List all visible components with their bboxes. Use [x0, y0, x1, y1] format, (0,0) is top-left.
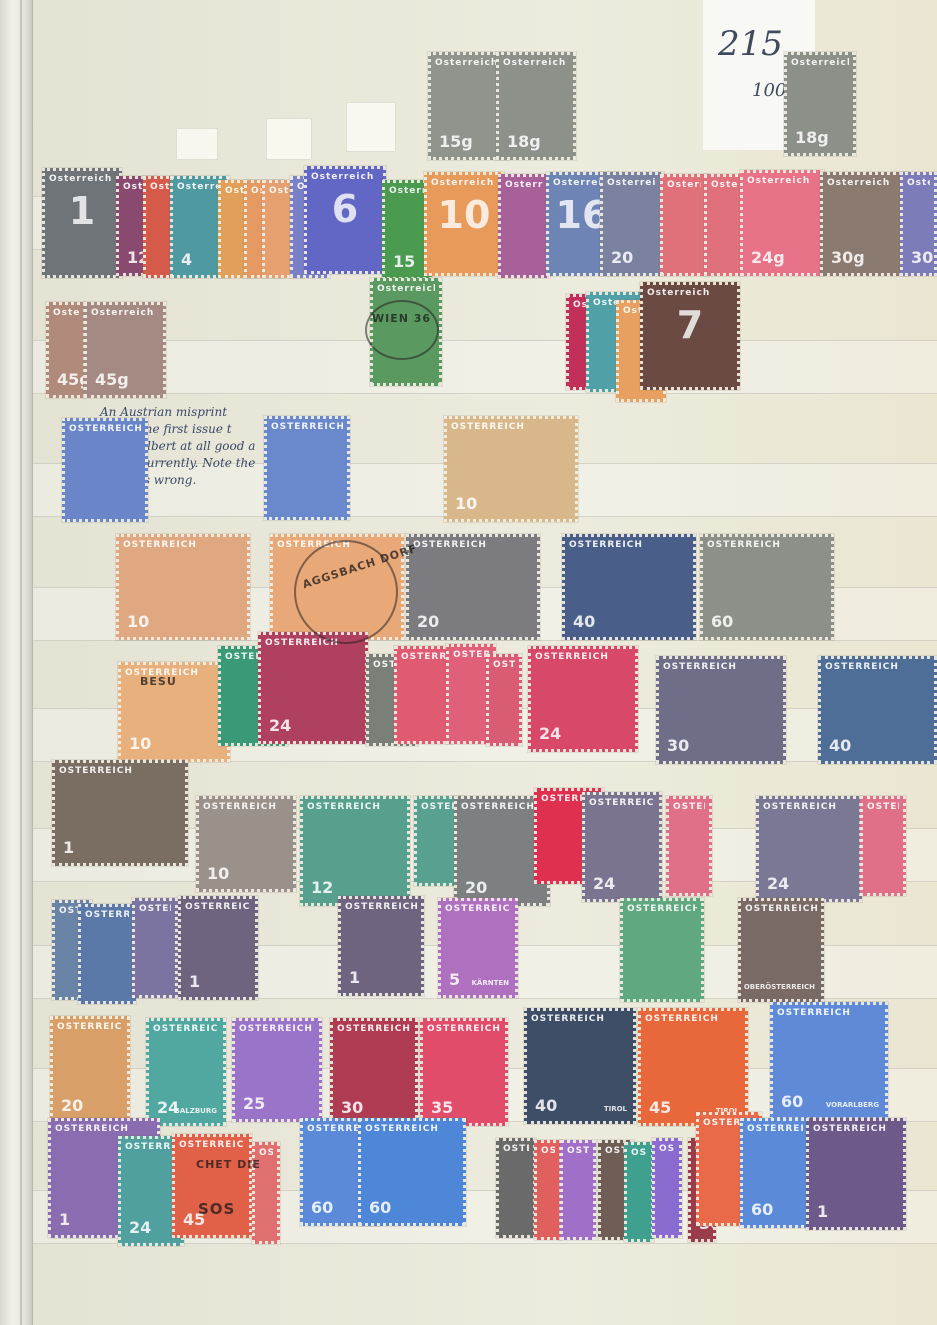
stamp: ÖSTERREICH1	[806, 1118, 906, 1230]
stamp-denomination: 18g	[795, 128, 829, 147]
stamp-region: TIROL	[604, 1105, 627, 1113]
stamp-inscription: ÖSTERREICH	[461, 802, 543, 812]
stamp: ÖSTERREICH24SALZBURG	[146, 1018, 226, 1126]
stamp-inscription: ÖSTERREICH	[125, 1142, 177, 1152]
stamp: Österreich10	[424, 172, 504, 276]
stamp: ÖSTERREICH1	[178, 896, 258, 1000]
stamp: Österreich	[660, 174, 708, 276]
stamp-inscription: Österreich	[49, 174, 115, 184]
stamp-denomination: 30	[667, 736, 689, 755]
stamp: ÖSTERREICH	[486, 654, 522, 746]
stamp-inscription: Österreich	[827, 178, 901, 188]
stamp-inscription: ÖSTERREICH	[203, 802, 289, 812]
stamp-inscription: Österreich	[377, 284, 435, 294]
glassine-strip	[33, 340, 937, 394]
stamp-denomination: 24	[767, 874, 789, 893]
stamp: ÖSTERREICH40TIROL	[524, 1008, 636, 1124]
stamp-inscription: ÖSTERREICH	[365, 1124, 459, 1134]
stamp-denomination: 24	[539, 724, 561, 743]
stamp-hinge	[176, 128, 218, 160]
stamp-inscription: ÖSTERREICH	[271, 422, 343, 432]
stamp-inscription: Österreich	[607, 178, 657, 188]
stamp-inscription: ÖSTERREICH	[185, 902, 251, 912]
stamp: ÖSTERREICHOBERÖSTERREICH	[738, 898, 824, 1002]
stamp-inscription: ÖSTERREICH	[55, 1124, 153, 1134]
stamp: ÖSTERREICH1	[338, 896, 424, 996]
stamp-inscription: ÖSTERREICH	[503, 1144, 529, 1154]
stamp: Österreich45g	[46, 302, 86, 398]
stamp-inscription: ÖSTERREICH	[451, 422, 571, 432]
stamp: ÖSTERREICH	[560, 1140, 596, 1240]
stamp: ÖSTERREICH	[132, 898, 178, 998]
stamp-inscription: ÖSTERREICH	[645, 1014, 741, 1024]
stamp-inscription: Österreich	[503, 58, 569, 68]
stamp: Österreich24g	[740, 170, 824, 276]
stamp-inscription: ÖSTERREICH	[659, 1144, 675, 1154]
stamp: Österreich45g	[84, 302, 166, 398]
stamp: ÖSTERREICH	[652, 1138, 682, 1238]
stamp-inscription: ÖSTERREICH	[627, 904, 697, 914]
stamp-hinge	[346, 102, 396, 152]
stamp-denomination: 60	[311, 1198, 333, 1217]
stamp-denomination: 30	[341, 1098, 363, 1117]
stamp-inscription: Österreich	[389, 186, 425, 196]
postmark-text: SOS	[198, 1200, 235, 1218]
stamp-inscription: ÖSTERREICH	[239, 1024, 315, 1034]
stamp: Österreich30g	[900, 172, 937, 276]
stamp-hinge	[266, 118, 312, 160]
stamp: Österreich	[498, 174, 550, 278]
stamp: Österreich30g	[820, 172, 908, 276]
stamp-inscription: ÖSTERREICH	[265, 638, 361, 648]
stamp: Österreich	[370, 278, 442, 386]
stamp-region: SALZBURG	[175, 1107, 217, 1115]
stamp: Österreich18g	[496, 52, 576, 160]
stamp-inscription: ÖSTERREICH	[57, 1022, 123, 1032]
stamp-denomination: 24	[129, 1218, 151, 1237]
stamp-inscription: ÖSTERREICH	[569, 540, 689, 550]
stamp-inscription: ÖSTERREICH	[867, 802, 899, 812]
stamp: ÖSTERREICH	[496, 1138, 536, 1238]
album-binding	[0, 0, 33, 1325]
stamp-denomination: 45g	[57, 370, 86, 389]
stamp-inscription: ÖSTERREICH	[589, 798, 655, 808]
stamp-denomination: 1	[63, 838, 74, 857]
stamp-inscription: ÖSTERREICH	[69, 424, 141, 434]
stamp-inscription: Österreich	[667, 180, 701, 190]
stamp-denomination: 60	[751, 1200, 773, 1219]
stamp: ÖSTERREICH60	[740, 1118, 812, 1228]
stamp-inscription: ÖSTERREICH	[745, 904, 817, 914]
stamp-denomination: 45	[649, 1098, 671, 1117]
stamp-inscription: ÖSTERREICH	[259, 1148, 273, 1158]
stamp-inscription: Österreich	[747, 176, 817, 186]
stamp-inscription: ÖSTERREICH	[345, 902, 417, 912]
stamp-inscription: ÖSTERREICH	[567, 1146, 589, 1156]
stamp-denomination: 6	[307, 187, 383, 231]
stamp: ÖSTERREICH10	[196, 796, 296, 892]
postmark-text: CHET DIE	[196, 1158, 261, 1171]
stamp-denomination: 20	[611, 248, 633, 267]
stamp-inscription: ÖSTERREICH	[707, 540, 827, 550]
price-note-line1: 215	[718, 24, 783, 64]
stamp-denomination: 24g	[751, 248, 785, 267]
stamp: ÖSTERREICH60	[700, 534, 834, 640]
stamp: ÖSTERREICH24	[528, 646, 638, 752]
stamp: Österreich	[704, 174, 744, 276]
stamp-inscription: ÖSTERREICH	[413, 540, 533, 550]
stamp-denomination: 10	[455, 494, 477, 513]
stamp-inscription: ÖSTERREICH	[421, 802, 457, 812]
stamp-region: VORARLBERG	[826, 1101, 879, 1109]
stamp: ÖSTERREICH12	[300, 796, 410, 906]
stamp-denomination: 5	[449, 970, 460, 989]
stamp-denomination: 40	[535, 1096, 557, 1115]
stamp-inscription: ÖSTERREICH	[179, 1140, 245, 1150]
stamp-inscription: ÖSTERREICH	[445, 904, 511, 914]
stamp-denomination: 20	[61, 1096, 83, 1115]
stamp: ÖSTERREICH45	[172, 1134, 252, 1238]
stamp: ÖSTERREICH30	[656, 656, 786, 764]
stamp: ÖSTERREICH24	[258, 632, 368, 744]
stamp-denomination: 45g	[95, 370, 129, 389]
stamp-inscription: ÖSTERREICH	[307, 802, 403, 812]
stamp-inscription: Österreich	[435, 58, 501, 68]
stamp: ÖSTERREICH1	[52, 760, 188, 866]
stamp-denomination: 1	[45, 189, 119, 233]
stamp-denomination: 25	[243, 1094, 265, 1113]
stamp: ÖSTERREICH	[78, 904, 136, 1004]
stamp: ÖSTERREICH10	[444, 416, 578, 522]
stamp-inscription: Österreich	[53, 308, 79, 318]
stamp-denomination: 1	[817, 1202, 828, 1221]
stamp: Österreich7	[640, 282, 740, 390]
stamp-inscription: Österreich	[311, 172, 379, 182]
stamp-denomination: 7	[643, 303, 737, 347]
stamp: ÖSTERREICH	[270, 534, 404, 640]
stamp-album-page: 215 100 An Austrian misprint the first i…	[0, 0, 937, 1325]
stamp-inscription: ÖSTERREICH	[531, 1014, 629, 1024]
stamp: ÖSTERREICH24	[756, 796, 862, 902]
postmark-text: WIEN 36	[372, 312, 431, 325]
stamp-region: OBERÖSTERREICH	[744, 983, 815, 991]
stamp-inscription: ÖSTERREICH	[535, 652, 631, 662]
stamp: ÖSTERREICH	[62, 418, 148, 522]
stamp: ÖSTERREICH20	[50, 1016, 130, 1124]
stamp-denomination: 10	[129, 734, 151, 753]
stamp-inscription: ÖSTERREICH	[825, 662, 930, 672]
stamp-denomination: 15g	[439, 132, 473, 151]
stamp-inscription: ÖSTERREICH	[401, 652, 447, 662]
stamp-inscription: Österreich	[431, 178, 497, 188]
stamp-inscription: Österreich	[647, 288, 733, 298]
stamp: ÖSTERREICH24	[582, 792, 662, 902]
stamp-inscription: Österreich	[91, 308, 159, 318]
stamp-inscription: ÖSTERREICH	[663, 662, 779, 672]
stamp: ÖSTERREICH	[394, 646, 454, 744]
stamp: Österreich6	[304, 166, 386, 274]
stamp: ÖSTERREICH20	[406, 534, 540, 640]
stamp-inscription: Österreich	[505, 180, 543, 190]
stamp-inscription: ÖSTERREICH	[673, 802, 705, 812]
stamp: ÖSTERREICH30	[330, 1018, 418, 1126]
stamp-inscription: ÖSTERREICH	[139, 904, 171, 914]
stamp-inscription: ÖSTERREICH	[85, 910, 129, 920]
stamp-denomination: 24	[269, 716, 291, 735]
stamp-denomination: 40	[573, 612, 595, 631]
stamp: Österreich20	[600, 172, 664, 276]
stamp-inscription: ÖSTERREICH	[541, 1146, 555, 1156]
stamp-denomination: 1	[59, 1210, 70, 1229]
stamp: ÖSTERREICH	[666, 796, 712, 896]
stamp: ÖSTERREICH	[534, 1140, 562, 1240]
stamp: ÖSTERREICH40	[562, 534, 696, 640]
stamp-denomination: 24	[593, 874, 615, 893]
stamp-denomination: 30g	[831, 248, 865, 267]
stamp: ÖSTERREICH	[860, 796, 906, 896]
stamp-inscription: Österreich	[791, 58, 849, 68]
stamp: ÖSTERREICH25	[232, 1018, 322, 1122]
stamp: Österreich18g	[784, 52, 856, 156]
stamp: ÖSTERREICH45TIROL	[638, 1008, 748, 1126]
stamp-inscription: ÖSTERREICH	[123, 540, 243, 550]
stamp-inscription: ÖSTERREICH	[277, 540, 397, 550]
stamp: ÖSTERREICH60	[358, 1118, 466, 1226]
stamp: ÖSTERREICH	[620, 898, 704, 1002]
stamp: ÖSTERREICH	[264, 416, 350, 520]
stamp-inscription: ÖSTERREICH	[631, 1148, 647, 1158]
stamp-denomination: 4	[181, 250, 192, 269]
stamp-inscription: ÖSTERREICH	[337, 1024, 411, 1034]
stamp-inscription: ÖSTERREICH	[493, 660, 515, 670]
stamp-denomination: 40	[829, 736, 851, 755]
stamp: ÖSTERREICH60VORARLBERG	[770, 1002, 888, 1120]
stamp: ÖSTERREICH40	[818, 656, 937, 764]
stamp-inscription: ÖSTERREICH	[747, 1124, 805, 1134]
stamp-denomination: 12	[311, 878, 333, 897]
postmark-text: BESU	[140, 675, 177, 688]
stamp: Österreich1	[42, 168, 122, 278]
price-note-line2: 100	[752, 80, 786, 101]
stamp: ÖSTERREICH10	[116, 534, 250, 640]
stamp-inscription: ÖSTERREICH	[427, 1024, 501, 1034]
stamp-denomination: 1	[349, 968, 360, 987]
stamp-denomination: 15	[393, 252, 415, 271]
stamp-denomination: 60	[369, 1198, 391, 1217]
stamp-denomination: 10	[127, 612, 149, 631]
stamp-denomination: 60	[781, 1092, 803, 1111]
stamp-inscription: ÖSTERREICH	[777, 1008, 881, 1018]
stamp-denomination: 10	[207, 864, 229, 883]
stamp-inscription: Österreich	[177, 182, 223, 192]
stamp-denomination: 20	[417, 612, 439, 631]
stamp-inscription: ÖSTERREICH	[763, 802, 855, 812]
stamp-denomination: 18g	[507, 132, 541, 151]
stamp-denomination: 10	[427, 193, 501, 237]
stamp-denomination: 35	[431, 1098, 453, 1117]
stamp: ÖSTERREICH5KÄRNTEN	[438, 898, 518, 998]
stamp-inscription: ÖSTERREICH	[153, 1024, 219, 1034]
stamp-inscription: Österreich	[907, 178, 930, 188]
stamp: ÖSTERREICH35	[420, 1018, 508, 1126]
stamp-inscription: ÖSTERREICH	[59, 766, 181, 776]
stamp-denomination: 1	[189, 972, 200, 991]
stamp-denomination: 30g	[911, 248, 937, 267]
stamp-inscription: ÖSTERREICH	[813, 1124, 899, 1134]
stamp-inscription: Österreich	[711, 180, 737, 190]
stamp: ÖSTERREICH	[624, 1142, 654, 1242]
stamp-denomination: 20	[465, 878, 487, 897]
stamp-inscription: ÖSTERREICH	[453, 650, 489, 660]
stamp-denomination: 60	[711, 612, 733, 631]
stamp-region: KÄRNTEN	[471, 979, 509, 987]
